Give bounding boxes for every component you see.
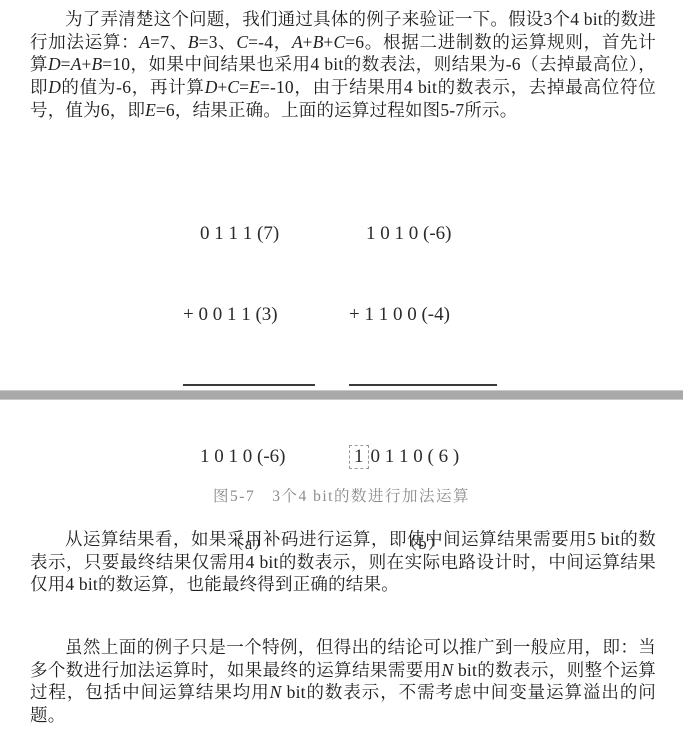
body-text: =-4， xyxy=(248,32,292,52)
variable-text: B xyxy=(92,54,103,74)
variable-text: D xyxy=(48,77,61,97)
variable-text: C xyxy=(334,32,346,52)
carry-bit-box: 1 xyxy=(349,445,369,469)
page-break-divider xyxy=(0,390,683,400)
body-text: + xyxy=(81,54,91,74)
result-b: 10 1 1 0 ( 6 ) xyxy=(349,443,497,470)
sum-rule-b xyxy=(349,384,497,386)
variable-text: A xyxy=(71,54,82,74)
body-text: 的值为-6，再计算 xyxy=(61,77,205,97)
variable-text: E xyxy=(249,77,260,97)
variable-text: E xyxy=(145,100,156,120)
body-text: = xyxy=(239,77,249,97)
variable-text: N xyxy=(442,660,454,680)
variable-text: D xyxy=(205,77,218,97)
sum-rule-a xyxy=(183,384,315,386)
body-text: =7、 xyxy=(150,32,188,52)
variable-text: B xyxy=(313,32,324,52)
addend2-a: + 0 0 1 1 (3) xyxy=(183,301,315,328)
result-b-bits: 0 1 1 0 ( 6 ) xyxy=(371,446,460,467)
paragraph-conclusion-1: 从运算结果看，如果采用补码进行运算，即使中间运算结果需要用5 bit的数表示，只… xyxy=(30,528,656,596)
variable-text: C xyxy=(227,77,239,97)
body-text: 从运算结果看，如果采用补码进行运算，即使中间运算结果需要用5 bit的数表示，只… xyxy=(30,529,656,594)
variable-text: N xyxy=(270,682,282,702)
variable-text: C xyxy=(236,32,248,52)
body-text: + xyxy=(323,32,333,52)
addend1-a: 0 1 1 1 (7) xyxy=(183,220,315,247)
body-text: =6，结果正确。上面的运算过程如图5-7所示。 xyxy=(156,100,518,120)
figure-caption: 图5-7 3个4 bit的数进行加法运算 xyxy=(0,484,683,506)
addend1-b: 1 0 1 0 (-6) xyxy=(349,220,497,247)
variable-text: B xyxy=(188,32,199,52)
body-text: = xyxy=(61,54,71,74)
document-page: { "page": { "background": "#ffffff", "te… xyxy=(0,0,683,730)
variable-text: A xyxy=(292,32,303,52)
addend2-b: + 1 1 0 0 (-4) xyxy=(349,301,497,328)
paragraph-conclusion-2: 虽然上面的例子只是一个特例，但得出的结论可以推广到一般应用，即：当多个数进行加法… xyxy=(30,636,656,727)
body-text: =3、 xyxy=(199,32,237,52)
variable-text: D xyxy=(48,54,61,74)
body-text: + xyxy=(217,77,227,97)
body-text: + xyxy=(303,32,313,52)
result-a: 1 0 1 0 (-6) xyxy=(183,443,315,470)
paragraph-intro: 为了弄清楚这个问题，我们通过具体的例子来验证一下。假设3个4 bit的数进行加法… xyxy=(30,8,656,122)
variable-text: A xyxy=(139,32,150,52)
